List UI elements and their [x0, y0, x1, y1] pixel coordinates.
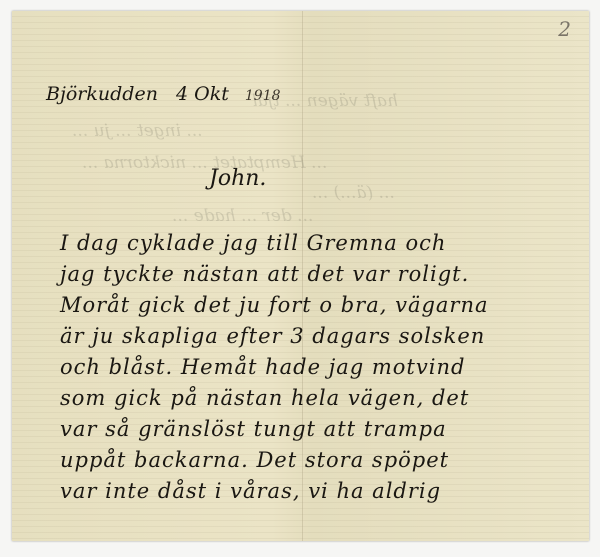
body-line: och blåst. Hemåt hade jag motvind	[60, 355, 465, 379]
body-line: jag tyckte nästan att det var roligt.	[60, 262, 469, 286]
body-line: är ju skapliga efter 3 dagars solsken	[60, 324, 485, 348]
letter-header: Björkudden 4 Okt 1918	[46, 83, 281, 105]
bleed-through-text: ... Hemptatet ... nicktorna ...	[82, 153, 327, 173]
date: 4 Okt	[176, 83, 229, 105]
body-line: som gick på nästan hela vägen, det	[60, 386, 469, 410]
body-line: uppåt backarna. Det stora spöpet	[60, 448, 449, 472]
bleed-through-text: ... (ä...) ...	[312, 183, 395, 203]
body-line: var inte dåst i våras, vi ha aldrig	[60, 479, 441, 503]
salutation: John.	[209, 166, 266, 191]
letter-page: haft vägen ... tjäl ... inget ... ju ...…	[12, 11, 589, 541]
body-line: I dag cyklade jag till Gremna och	[60, 231, 446, 255]
body-line: Moråt gick det ju fort o bra, vägarna	[60, 293, 489, 317]
bleed-through-text: ... der ... hade ...	[172, 206, 313, 226]
year: 1918	[245, 88, 281, 104]
body-line: var så gränslöst tungt att trampa	[60, 417, 447, 441]
bleed-through-text: ... inget ... ju ...	[72, 121, 203, 141]
page-number: 2	[558, 17, 571, 41]
place: Björkudden	[46, 83, 158, 105]
